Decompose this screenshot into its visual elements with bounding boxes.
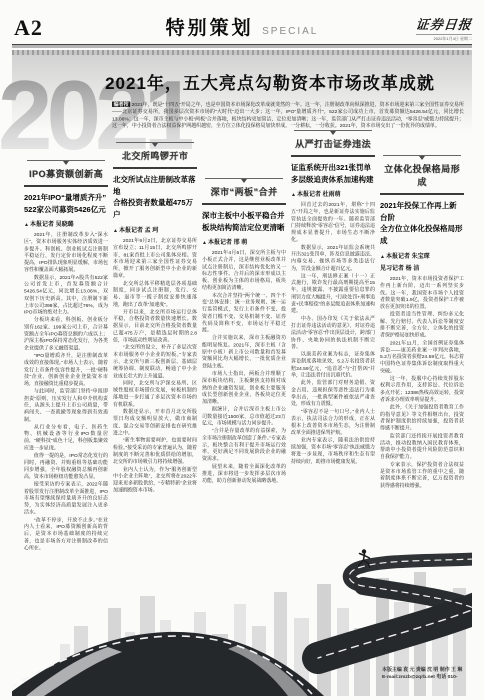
newspaper-page: { "masthead": { "page_number": "A2", "se… (0, 0, 484, 700)
triangle-down-icon (330, 131, 336, 135)
byline-secondary: 见习记者 杨 洁 (380, 263, 464, 272)
article-title: 北交所试点注册制改革落地 合格投资者数量超475万户 (113, 174, 197, 221)
byline: ▲本报记者 朱宝琛 (380, 251, 464, 260)
article-title-line2: 板块结构简洁定位更清晰 (202, 223, 285, 232)
dateline: 2022年1月4日 星期二 (416, 34, 472, 42)
article-title-line2: 522家公司募资5426亿元 (24, 205, 106, 214)
triangle-down-icon (63, 161, 69, 165)
byline-text: 本报记者 朱宝琛 (386, 254, 430, 260)
article-column-bse: 北交所鸣锣开市 北交所试点注册制改革落地 合格投资者数量超475万户 ▲本报记者… (113, 142, 197, 609)
article-title-line2: 全方位立体化投保格局形成 (380, 224, 463, 245)
section-title-block: 特别策划 SPECIAL (12, 13, 472, 40)
body-paragraph: 监管部门还持续开展投资者教育活动，推动投教纳入国民教育体系，帮助中小投资者提升风… (380, 432, 464, 460)
credits-editors: 本版主编 袁 元 责编 沈 明 制作 王 琳 (382, 667, 462, 673)
body-paragraph: 数据显示，2021年A股共有522家公司首发上市，首发募资额合计5426.54亿… (24, 274, 108, 316)
article-column-board-merge: 深市“两板”合并 深市主板中小板平稳合并 板块结构简洁定位更清晰 ▲本报记者 邢… (202, 178, 286, 549)
body-paragraph: 合并实施以来，深市主板融资功能明显恢复。2021年，深市主板（含原中小板）新上市… (202, 335, 286, 370)
header-rule (202, 203, 286, 205)
article-title: 证监系统开出321张罚单 多层级追责体系加速构建 (291, 162, 375, 185)
body-paragraph: 数据还显示，开市首月北交所股票日均成交额明显放大，做市商制度、混合交易等创新安排… (113, 408, 197, 436)
body-paragraph: 2021年，注册制改革步入“深水区”，资本市场服务实体经济质效进一步提升。科创板… (24, 231, 108, 273)
masthead: A2 特别策划 SPECIAL 证券日报 2022年1月4日 星期二 (12, 8, 472, 45)
body-paragraph: “北交所的设立，补齐了多层次资本市场服务中小企业的短板。”专家表示，北交所与新三… (113, 343, 197, 378)
article-title: 深市主板中小板平稳合并 板块结构简洁定位更清晰 (202, 210, 286, 233)
body-paragraph: 北交所总体平移精选层各项基础制度，同步试点注册制，发行、交易、退市等一揽子制度安… (113, 279, 197, 307)
body-paragraph: 这一年，投服中心持续发挥股东权利示范作用，支持诉讼、代位诉讼多点开花；12386… (380, 374, 464, 402)
article-body: 2021年，注册制改革步入“深水区”，资本市场服务实体经济质效进一步提升。科创板… (24, 231, 108, 589)
body-paragraph: “IPO量增质齐升，是注册制改革成效的直接体现。”市场人士表示，随着发行上市条件… (24, 352, 108, 387)
section-marker (294, 130, 372, 131)
byline-text: 本报记者 吴晓璐 (30, 222, 74, 228)
article-column-ipo: IPO募资额创新高 2021年IPO“量增质齐升” 522家公司募资5426亿元… (24, 160, 108, 589)
body-paragraph: 开市以来，北交所市场运行总体平稳，合格投资者数量快速增长。数据显示，目前北交所合… (113, 308, 197, 343)
article-body: 2021年，资本市场投资者保护工作再上新台阶，迈出一系列坚实步伐。这一年，我国资… (380, 275, 464, 575)
body-paragraph: 专家表示，保护投资者合法权益是资本市场监管工作的重中之重，随着制度体系不断完善，… (380, 460, 464, 488)
body-paragraph: 从行业分布看，电子、医药生物、机械设备等行业IPO数量居前，“硬科技”成色十足，… (24, 424, 108, 452)
body-paragraph: 业内人士认为，作为“服务创新型中小企业主阵地”，北交所将在2022年迎来更多新股… (113, 465, 197, 493)
byline-marker-icon: ▲ (202, 240, 207, 246)
article-title-line1: 深市主板中小板平稳合并 (202, 211, 285, 220)
header-rule (24, 185, 108, 187)
article-title-line2: 合格投资者数量超475万户 (113, 198, 193, 219)
article-title-line1: 证监系统开出321张罚单 (291, 163, 371, 172)
byline-text: 见习记者 杨 洁 (380, 266, 419, 272)
byline-marker-icon: ▲ (291, 192, 296, 198)
body-paragraph: 2021年，资本市场投资者保护工作再上新台阶，迈出一系列坚实步伐。这一年，我国资… (380, 275, 464, 310)
body-paragraph: 以康美药业案为标志，证券集体诉讼制度落地见效，5.2万名投资者获赔24.59亿元… (291, 351, 375, 379)
article-column-investor-protection: 立体化投保格局形成 2021年投保工作再上新台阶 全方位立体化投保格局形成 ▲本… (380, 155, 464, 575)
main-headline: 2021年，五大亮点勾勒资本市场改革成就 (12, 55, 472, 94)
article-title: 2021年投保工作再上新台阶 全方位立体化投保格局形成 (380, 200, 464, 247)
body-paragraph: “零容忍不是一句口号。”业内人士表示，执法司法合力的形成，正在从根本上改善资本市… (291, 408, 375, 436)
byline-marker-icon: ▲ (24, 222, 29, 228)
body-paragraph: 数据显示，2021年证监会系统共开出321张罚单，涉及信息披露违法、内幕交易、操… (291, 244, 375, 272)
body-paragraph: 市场人士指出，两板合并理顺了深市板块结构，主板聚焦支持相对成熟的企业融资发展，创… (202, 370, 286, 405)
byline: ▲本报记者 吴晓璐 (24, 219, 108, 228)
section-marker (116, 142, 194, 143)
body-paragraph: 2021年9月2日，北京证券交易所宣布设立；11月15日，北交所鸣锣开市，81家… (113, 237, 197, 279)
body-paragraph: 同时，北交所与沪深交易所、区域性股权市场错位发展，转板机制的落地进一步打通了多层… (113, 379, 197, 407)
article-body: 2021年4月6日，深交所主板与中小板正式合并，这是继创业板改革并试点注册制后，… (202, 249, 286, 549)
article-column-enforcement: 从严打击证券违法 证监系统开出321张罚单 多层级追责体系加速构建 ▲本报记者 … (291, 130, 375, 551)
newspaper-logo: 证券日报 (415, 14, 473, 33)
byline-text: 本报记者 孟 珂 (119, 228, 158, 234)
body-paragraph: 这一年，刑法修正案（十一）正式施行，欺诈发行最高刑期提高至15年，违规披露、不披… (291, 273, 375, 315)
article-title-line2: 多层级追责体系加速构建 (291, 175, 374, 184)
editor-note-text: 2021年，既是“十四五”开局之年，也是中国资本市场深化改革成就斐然的一年。这一… (112, 102, 464, 129)
byline-text: 本报记者 邢 萌 (208, 240, 247, 246)
triangle-down-icon (152, 143, 158, 147)
article-body: 回首过去的2021年，堪称“十四五”开局之年，也是新证券法实施后监管执法全面提效… (291, 201, 375, 551)
body-paragraph: 分板块来看，科创板、创业板分别有162家、199家公司上市，合计募资额占全年IP… (24, 317, 108, 352)
header-rule (380, 193, 464, 195)
article-title-line1: 北交所试点注册制改革落地 (113, 175, 196, 196)
body-paragraph: 展望未来，随着全面深化改革的推进，深市将进一步发挥多层次市场功能，助力创新驱动发… (202, 463, 286, 484)
editor-note: 编者按 2021年，既是“十四五”开局之年，也是中国资本市场深化改革成就斐然的一… (112, 101, 464, 133)
body-paragraph: 业内专家表示，随着法治供给持续加强，资本市场“零容忍”执法威慑力将进一步显现，市… (291, 437, 375, 465)
body-paragraph: 此外，监管部门对财务造假、资金占用、违规担保等恶性违法行为重拳出击，一批典型案件… (291, 380, 375, 408)
section-title: 特别策划 (166, 18, 254, 39)
section-marker (205, 178, 283, 179)
body-paragraph: 2021年11月，全国首例证券集体诉讼——康美药业案一审判决落地，5.2万名投资… (380, 339, 464, 374)
section-header: IPO募资额创新高 (24, 167, 108, 180)
section-header: 从严打击证券违法 (291, 137, 375, 150)
body-paragraph: 2021年4月6日，深交所主板与中小板正式合并，这是继创业板改革并试点注册制后，… (202, 249, 286, 291)
byline-text: 本报记者 杜雨萌 (297, 192, 341, 198)
section-title-en: SPECIAL (262, 26, 318, 37)
page-content: 2021 2021年，五大亮点勾勒资本市场改革成就 编者按 2021年，既是“十… (12, 50, 472, 696)
section-header: 立体化投保格局形成 (380, 162, 464, 188)
newspaper-logo-block: 证券日报 2022年1月4日 星期二 (416, 14, 472, 42)
body-paragraph: 此外，《关于加强投资者教育工作的指导意见》等文件相继出台，投资者保护制度供给持续… (380, 403, 464, 431)
body-paragraph: “合并是存量改革的有益探索，为全市场注册制改革创造了条件。”专家表示，板块整合有… (202, 428, 286, 463)
body-paragraph: 中办、国办印发《关于依法从严打击证券违法活动的意见》，对证券违法活动“零容忍”作… (291, 315, 375, 350)
body-paragraph: 接受采访的专家表示，2022年随着股票发行注册制改革全面推进，IPO市场有望继续… (24, 481, 108, 516)
body-paragraph: 值得一提的是，IPO常态化发行的同时，再融资、并购重组等基础功能同步增强，全年股… (24, 452, 108, 480)
byline-marker-icon: ▲ (113, 228, 118, 234)
section-marker (383, 155, 461, 156)
byline: ▲本报记者 孟 珂 (113, 225, 197, 234)
article-body: 2021年9月2日，北京证券交易所宣布设立；11月15日，北交所鸣锣开市，81家… (113, 237, 197, 609)
byline-marker-icon: ▲ (380, 254, 385, 260)
body-paragraph: “新生事物需要呵护，也需要时间检验。”接受采访的专家普遍认为，随着制度的不断完善… (113, 436, 197, 464)
header-rule (113, 167, 197, 169)
body-paragraph: 本次合并坚持“两个统一、四个不变”总体安排：统一业务规则、统一运行监管模式，发行… (202, 292, 286, 334)
body-paragraph: 投资者适当性管理、纠纷多元化解、先行赔付、代表人诉讼等制度安排不断完善，全方位、… (380, 310, 464, 338)
header-rule (291, 155, 375, 157)
triangle-down-icon (241, 179, 247, 183)
triangle-down-icon (419, 156, 425, 160)
section-header: 深市“两板”合并 (202, 185, 286, 198)
body-paragraph: 与此同时，监管部门坚持“申报即担责”原则，压实发行人和中介机构责任，从源头上提升… (24, 388, 108, 423)
article-title-line1: 2021年投保工作再上新台阶 (380, 201, 457, 222)
article-title: 2021年IPO“量增质齐升” 522家公司募资5426亿元 (24, 192, 108, 215)
body-paragraph: 据统计，合并后深市主板上市公司数量接近1500家，总市值超过23万亿元，市场规模… (202, 406, 286, 427)
editor-note-label: 编者按 (112, 102, 130, 108)
credits-contact: E-mail:zmzb@zqrb.net 电话 010-82031700 (382, 674, 458, 680)
section-header: 北交所鸣锣开市 (113, 149, 197, 162)
body-paragraph: “改革不停步，开放不止步。”在业内人士看来，IPO募资额创新高的背后，是资本市场… (24, 516, 108, 551)
byline: ▲本报记者 邢 萌 (202, 237, 286, 246)
section-marker (27, 160, 105, 161)
article-title-line1: 2021年IPO“量增质齐升” (24, 193, 106, 202)
body-paragraph: 回首过去的2021年，堪称“十四五”开局之年，也是新证券法实施后监管执法全面提效… (291, 201, 375, 243)
page-credits: 本版主编 袁 元 责编 沈 明 制作 王 琳 E-mail:zmzb@zqrb.… (382, 666, 468, 680)
byline: ▲本报记者 杜雨萌 (291, 189, 375, 198)
